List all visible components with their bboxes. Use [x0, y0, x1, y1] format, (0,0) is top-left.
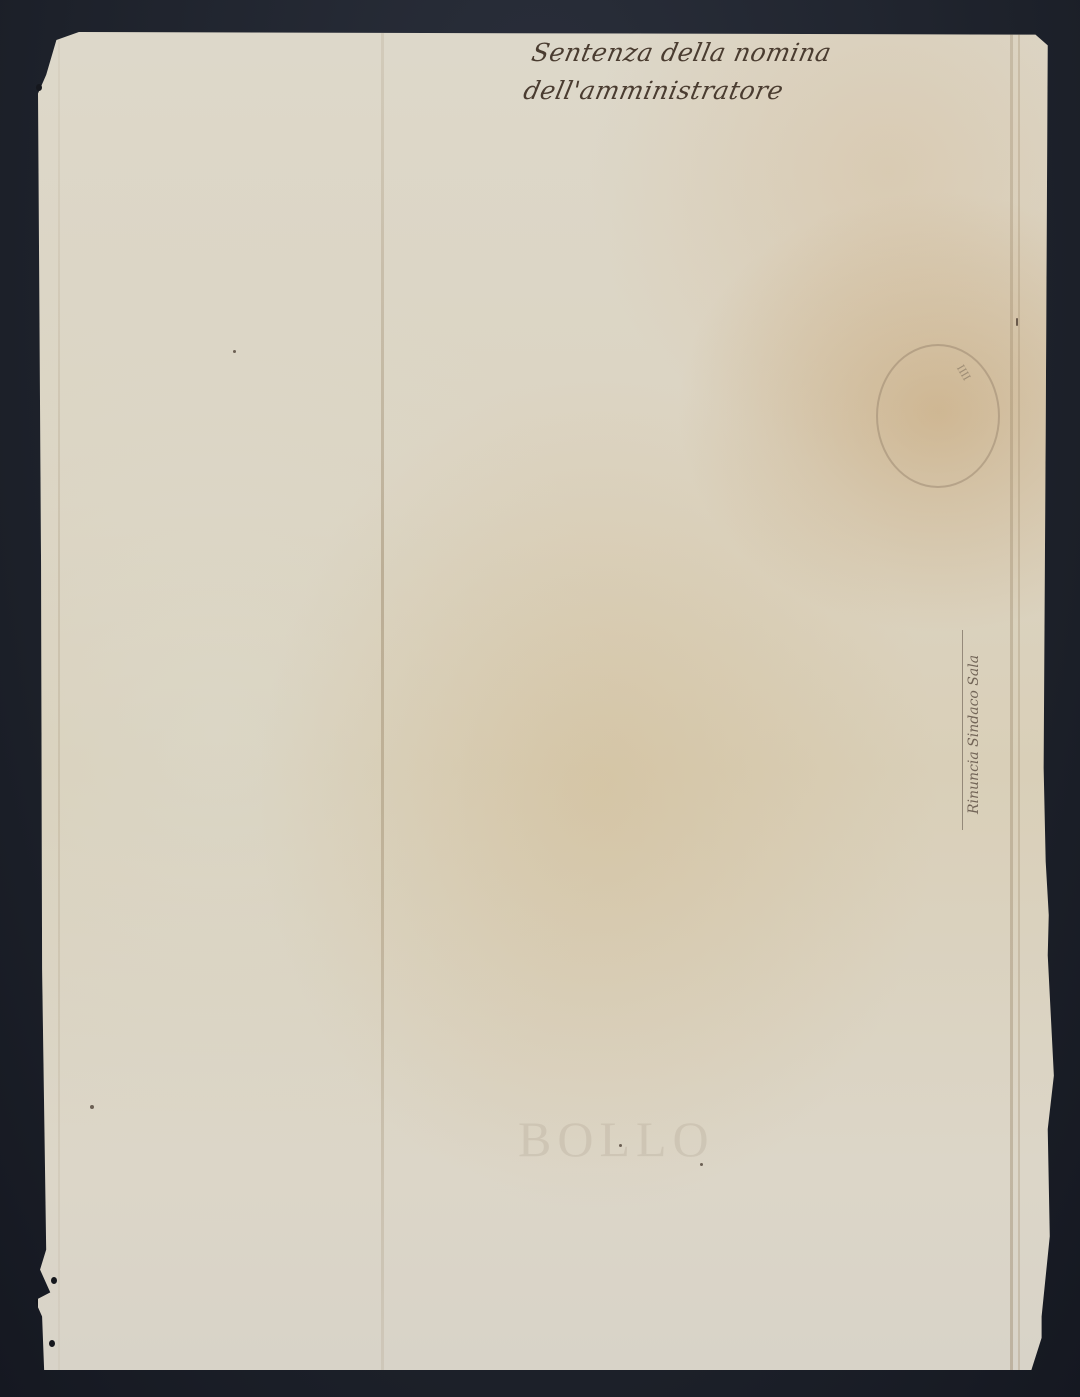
marginal-note: Rinuncia Sindaco Sala — [966, 655, 982, 814]
edge-tear — [49, 1340, 55, 1347]
ink-speck — [619, 1144, 622, 1147]
margin-line — [1018, 32, 1020, 1370]
ink-speck — [233, 350, 236, 353]
ink-speck — [90, 1105, 94, 1109]
handwritten-heading: Sentenza della nomina dell'amministrator… — [520, 34, 835, 110]
watermark-text: BOLLO — [518, 1110, 715, 1168]
marginal-underline — [962, 630, 963, 830]
embossed-seal-icon — [876, 344, 1000, 488]
handwritten-line-2: dell'amministratore — [520, 72, 827, 110]
ink-speck — [700, 1163, 703, 1166]
paper-fold-right — [1010, 32, 1013, 1370]
edge-tear — [51, 1277, 57, 1284]
handwritten-line-1: Sentenza della nomina — [528, 34, 835, 72]
ink-mark — [1016, 318, 1018, 326]
aged-paper-document: IIII BOLLO Sentenza della nomina dell'am… — [38, 32, 1060, 1370]
paper-fold-vertical — [381, 32, 384, 1370]
corner-tear — [36, 84, 42, 91]
paper-edge-fold-left — [58, 32, 60, 1370]
